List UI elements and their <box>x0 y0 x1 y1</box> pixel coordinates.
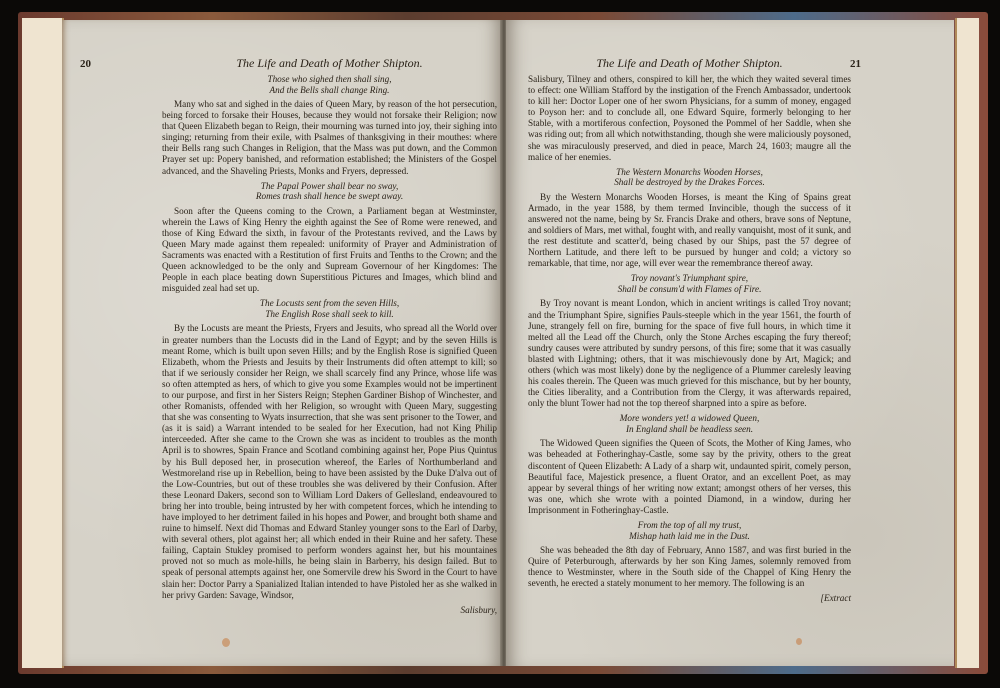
verse: Troy novant's Triumphant spire, Shall be… <box>528 273 851 294</box>
verse-line: The English Rose shall seek to kill. <box>162 309 497 320</box>
verse-line: The Papal Power shall bear no sway, <box>162 181 497 192</box>
verse: Those who sighed then shall sing, And th… <box>162 74 497 95</box>
verse-line: The Western Monarchs Wooden Horses, <box>528 167 851 178</box>
verse-line: More wonders yet! a widowed Queen, <box>528 413 851 424</box>
verse-line: Troy novant's Triumphant spire, <box>528 273 851 284</box>
right-text-block: The Life and Death of Mother Shipton. 21… <box>528 58 851 604</box>
left-page: 20 The Life and Death of Mother Shipton.… <box>62 20 502 666</box>
paragraph: By the Locusts are meant the Priests, Fr… <box>162 323 497 600</box>
paragraph: By Troy novant is meant London, which in… <box>528 298 851 409</box>
right-flyleaf <box>955 18 979 668</box>
verse: From the top of all my trust, Mishap hat… <box>528 520 851 541</box>
verse-line: Mishap hath laid me in the Dust. <box>528 531 851 542</box>
left-text-block: 20 The Life and Death of Mother Shipton.… <box>162 58 497 616</box>
paragraph: Soon after the Queens coming to the Crow… <box>162 206 497 295</box>
verse-line: From the top of all my trust, <box>528 520 851 531</box>
foxing-stain <box>222 638 230 647</box>
verse: The Western Monarchs Wooden Horses, Shal… <box>528 167 851 188</box>
verse-line: In England shall be headless seen. <box>528 424 851 435</box>
verse-line: The Locusts sent from the seven Hills, <box>162 298 497 309</box>
verse-line: Shall be consum'd with Flames of Fire. <box>528 284 851 295</box>
verse: The Locusts sent from the seven Hills, T… <box>162 298 497 319</box>
paragraph: Many who sat and sighed in the daies of … <box>162 99 497 177</box>
catchword: Salisbury, <box>162 605 497 616</box>
running-head: The Life and Death of Mother Shipton. 21 <box>528 58 851 72</box>
verse-line: And the Bells shall change Ring. <box>162 85 497 96</box>
verse-line: Romes trash shall hence be swept away. <box>162 191 497 202</box>
paragraph: The Widowed Queen signifies the Queen of… <box>528 438 851 516</box>
catchword: [Extract <box>528 593 851 604</box>
running-head-title: The Life and Death of Mother Shipton. <box>596 56 782 70</box>
right-page: The Life and Death of Mother Shipton. 21… <box>506 20 954 666</box>
running-head: 20 The Life and Death of Mother Shipton. <box>162 58 497 72</box>
page-number: 21 <box>850 59 861 70</box>
verse: More wonders yet! a widowed Queen, In En… <box>528 413 851 434</box>
foxing-stain <box>796 638 802 645</box>
left-flyleaf <box>22 18 64 668</box>
paragraph: Salisbury, Tilney and others, conspired … <box>528 74 851 163</box>
page-number: 20 <box>80 59 91 70</box>
verse-line: Shall be destroyed by the Drakes Forces. <box>528 177 851 188</box>
verse: The Papal Power shall bear no sway, Rome… <box>162 181 497 202</box>
verse-line: Those who sighed then shall sing, <box>162 74 497 85</box>
paragraph: She was beheaded the 8th day of February… <box>528 545 851 589</box>
running-head-title: The Life and Death of Mother Shipton. <box>236 56 422 70</box>
paragraph: By the Western Monarchs Wooden Horses, i… <box>528 192 851 270</box>
